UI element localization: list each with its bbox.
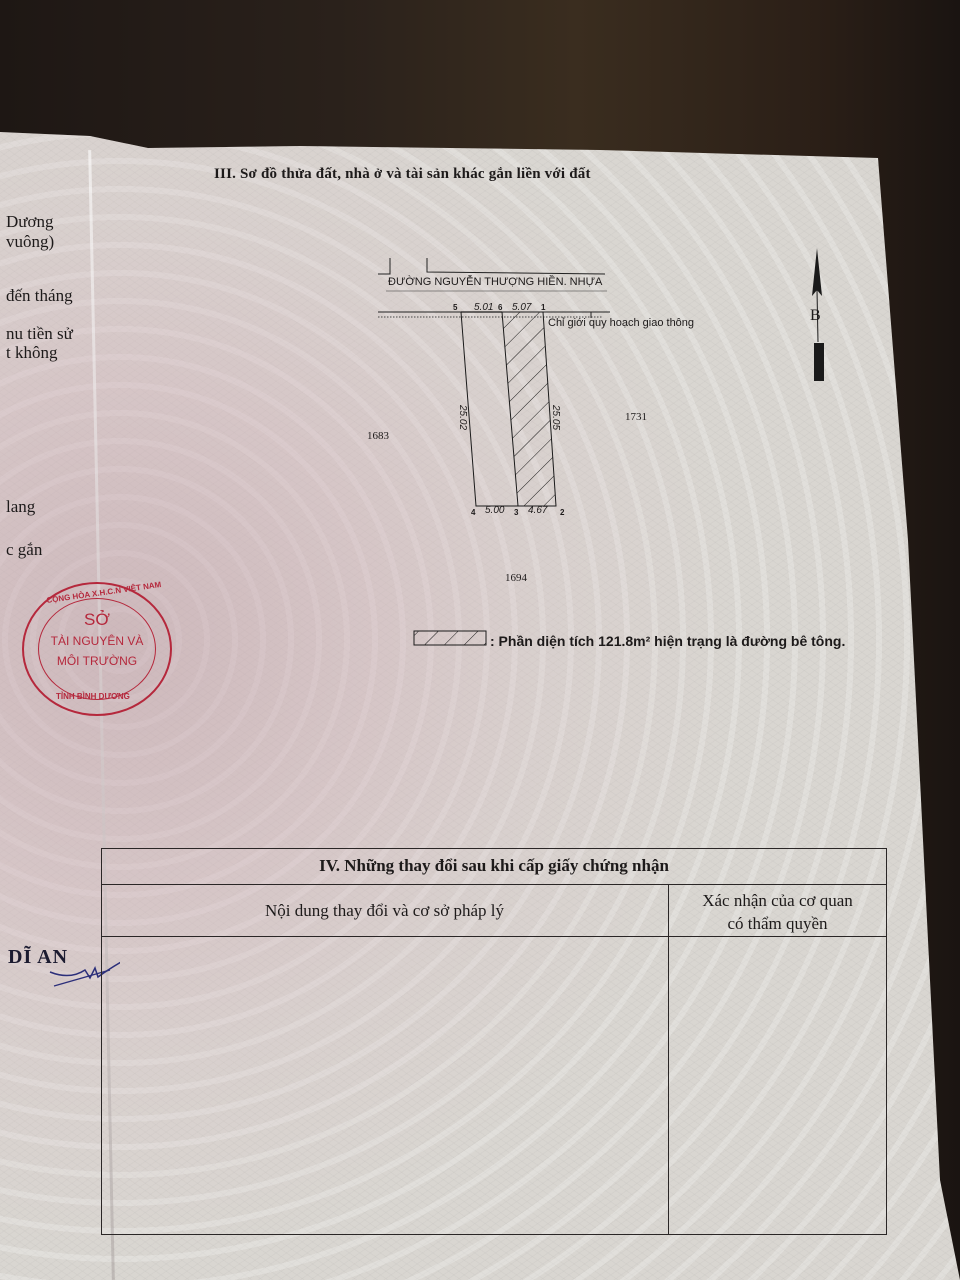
dimension-4-3: 5.00	[485, 505, 504, 516]
column-header-confirmation-2: có thẩm quyền	[668, 913, 887, 935]
column-header-changes: Nội dung thay đổi và cơ sở pháp lý	[101, 900, 668, 922]
neighbor-parcel-east: 1731	[625, 411, 647, 423]
planning-boundary-label: Chỉ giới quy hoạch giao thông	[548, 317, 694, 329]
dimension-3-2: 4.67	[528, 505, 547, 516]
column-header-confirmation-1: Xác nhận của cơ quan	[668, 890, 887, 912]
point-label: 2	[560, 508, 564, 517]
point-label: 5	[453, 303, 457, 312]
hatched-area-legend: : Phần diện tích 121.8m² hiện trạng là đ…	[490, 633, 845, 649]
road-label: ĐƯỜNG NGUYỄN THƯỢNG HIỀN. NHỰA	[388, 276, 602, 288]
point-label: 1	[541, 303, 545, 312]
dimension-6-1: 5.07	[512, 302, 531, 313]
neighbor-parcel-south: 1694	[505, 572, 527, 584]
dimension-1-2: 25.05	[550, 405, 561, 430]
north-arrow-label: B	[810, 307, 821, 325]
neighbor-parcel-west: 1683	[367, 430, 389, 442]
point-label: 3	[514, 508, 518, 517]
dimension-4-5: 25.02	[457, 405, 468, 430]
point-label: 4	[471, 508, 475, 517]
section-4-title: IV. Những thay đổi sau khi cấp giấy chứn…	[101, 856, 887, 876]
dimension-5-6: 5.01	[474, 302, 493, 313]
changes-table: IV. Những thay đổi sau khi cấp giấy chứn…	[101, 848, 887, 1238]
point-label: 6	[498, 303, 502, 312]
